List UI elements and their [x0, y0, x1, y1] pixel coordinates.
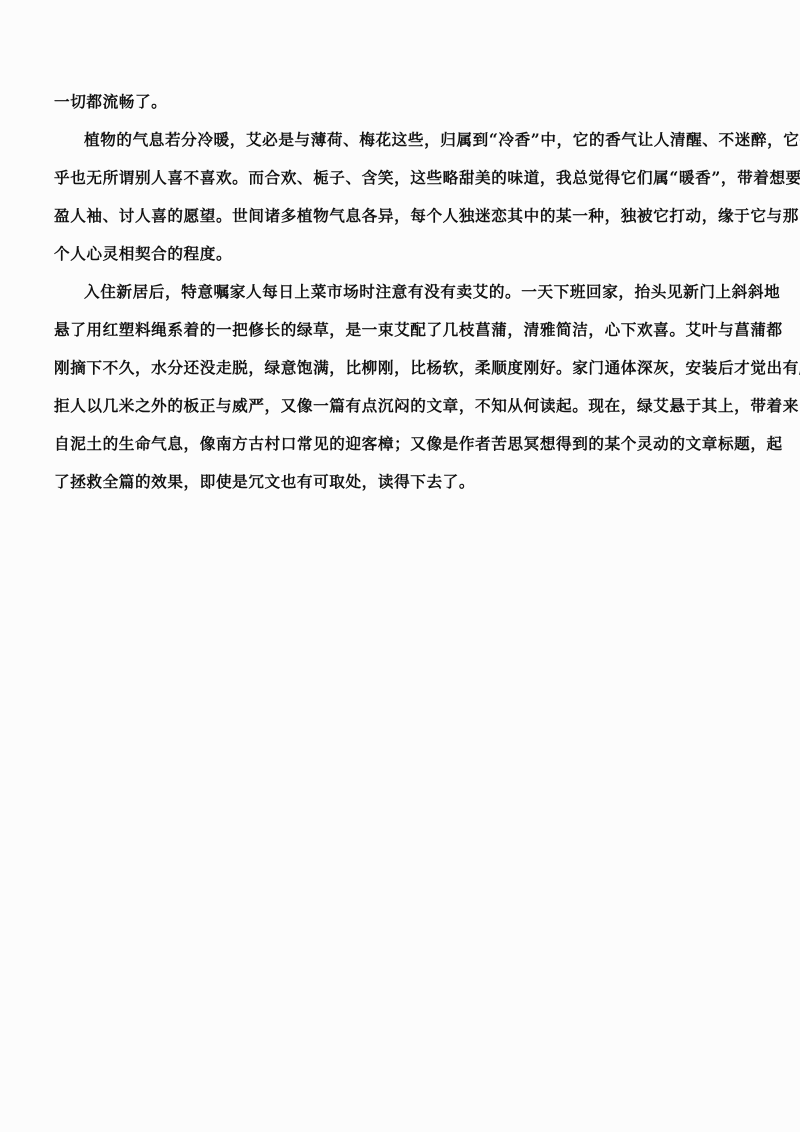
text-line: 个人心灵相契合的程度。 — [54, 244, 232, 264]
text-line: 悬了用红塑料绳系着的一把修长的绿草，是一束艾配了几枝菖蒲，清雅简洁，心下欢喜。艾… — [54, 320, 746, 340]
text-line: 植物的气息若分冷暖，艾必是与薄荷、梅花这些，归属到“冷香”中，它的香气让人清醒、… — [84, 130, 746, 150]
text-line: 乎也无所谓别人喜不喜欢。而合欢、栀子、含笑，这些略甜美的味道，我总觉得它们属“暖… — [54, 168, 746, 188]
text-line: 拒人以几米之外的板正与威严，又像一篇有点沉闷的文章，不知从何读起。现在，绿艾悬于… — [54, 396, 746, 416]
text-line: 了拯救全篇的效果，即使是冗文也有可取处，读得下去了。 — [54, 472, 475, 492]
text-line: 入住新居后，特意嘱家人每日上菜市场时注意有没有卖艾的。一天下班回家，抬头见新门上… — [84, 282, 746, 302]
text-line: 刚摘下不久，水分还没走脱，绿意饱满，比柳刚，比杨软，柔顺度刚好。家门通体深灰，安… — [54, 358, 746, 378]
text-line: 一切都流畅了。 — [54, 92, 167, 112]
text-line: 盈人袖、讨人喜的愿望。世间诸多植物气息各异，每个人独迷恋其中的某一种，独被它打动… — [54, 206, 746, 226]
text-line: 自泥土的生命气息，像南方古村口常见的迎客樟；又像是作者苦思冥想得到的某个灵动的文… — [54, 434, 746, 454]
